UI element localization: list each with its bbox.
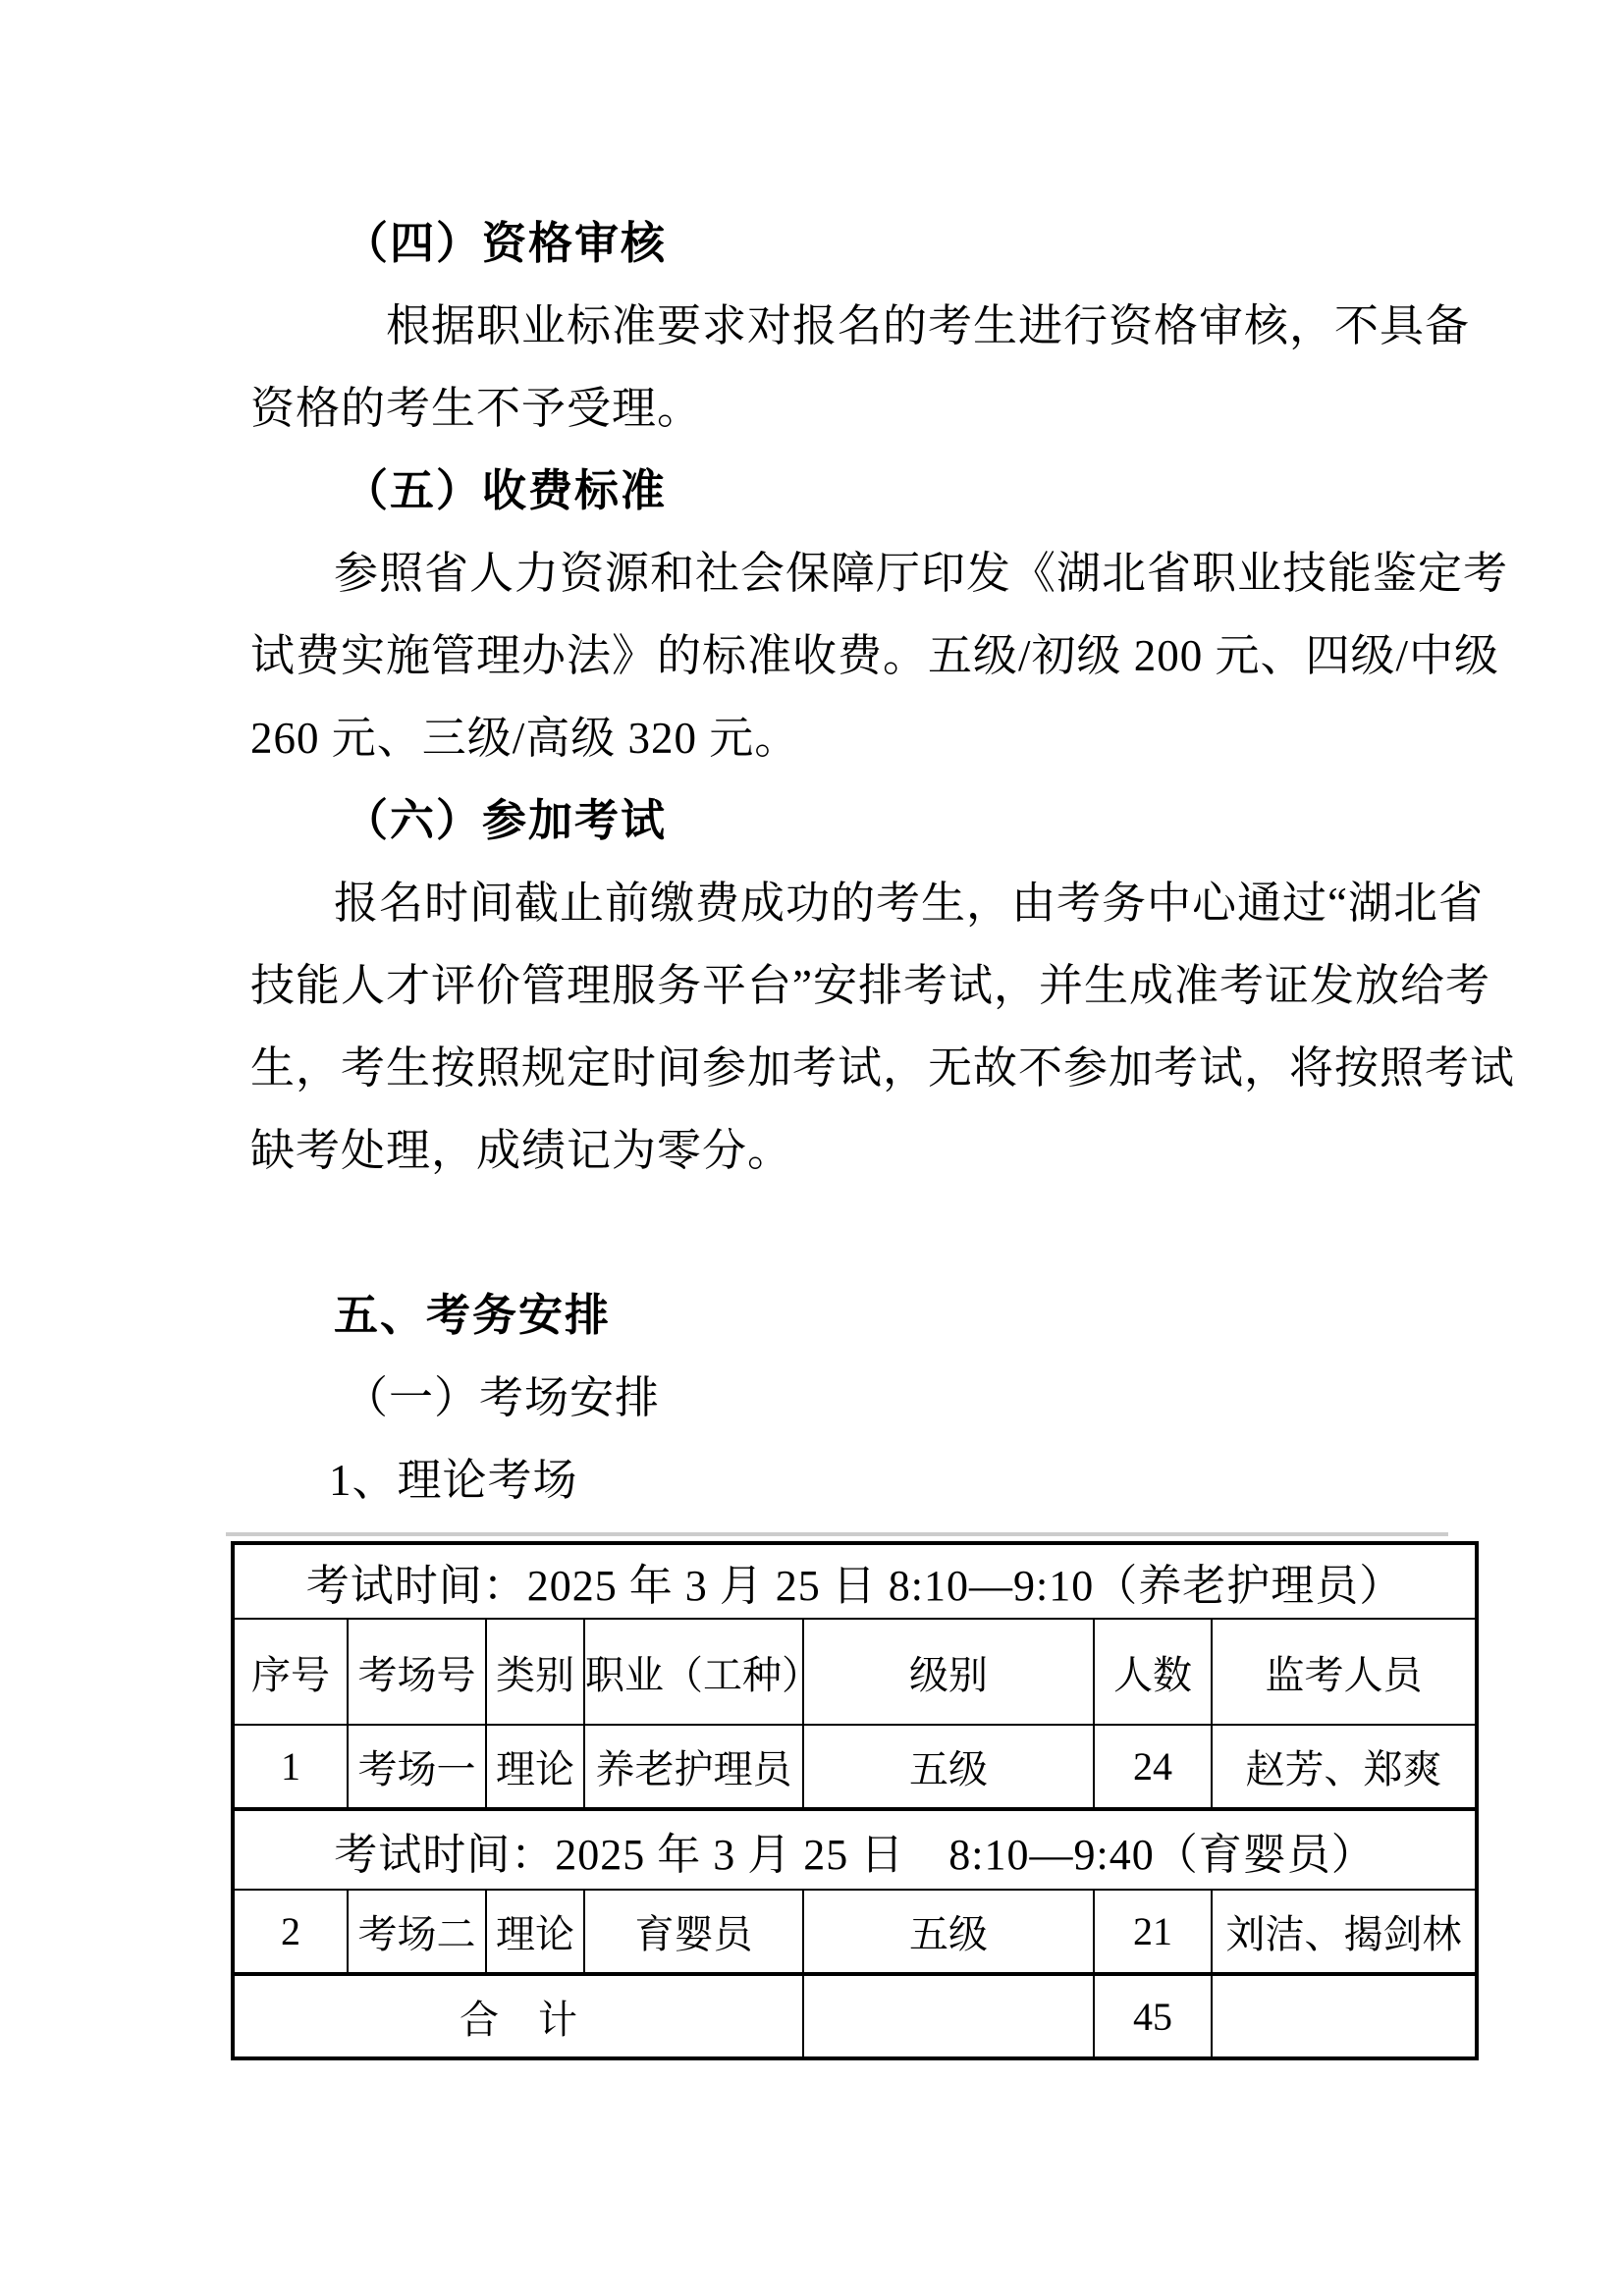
para-5-line-3: 260 元、三级/高级 320 元。 (250, 697, 1375, 779)
table-header-row: 序号 考场号 类别 职业（工种） 级别 人数 监考人员 (233, 1619, 1477, 1725)
para-6-line-2: 技能人才评价管理服务平台”安排考试，并生成准考证发放给考 (250, 944, 1375, 1027)
total-level (803, 1974, 1094, 2058)
para-6-line-3: 生，考生按照规定时间参加考试，无故不参加考试，将按照考试 (250, 1027, 1375, 1109)
row2-count: 21 (1094, 1890, 1212, 1974)
row1-count: 24 (1094, 1725, 1212, 1809)
para-4-line-1: 根据职业标准要求对报名的考生进行资格审核，不具备 (250, 285, 1375, 367)
total-row: 合 计 45 (233, 1974, 1477, 2058)
col-header-no: 序号 (233, 1619, 348, 1725)
col-header-room: 考场号 (348, 1619, 486, 1725)
row2-room: 考场二 (348, 1890, 486, 1974)
para-6-line-4: 缺考处理，成绩记为零分。 (250, 1109, 1375, 1192)
row1-room: 考场一 (348, 1725, 486, 1809)
col-header-occupation: 职业（工种） (584, 1619, 803, 1725)
item-1-heading: 1、理论考场 (250, 1439, 1375, 1522)
table-row-2: 2 考场二 理论 育婴员 五级 21 刘洁、揭剑林 (233, 1890, 1477, 1974)
row2-proctors: 刘洁、揭剑林 (1212, 1890, 1477, 1974)
subsection-1-heading: （一）考场安排 (250, 1357, 1375, 1439)
session-1-row: 考试时间：2025 年 3 月 25 日 8:10—9:10（养老护理员） (233, 1543, 1477, 1619)
exam-schedule-table: 考试时间：2025 年 3 月 25 日 8:10—9:10（养老护理员） 序号… (231, 1541, 1479, 2060)
session-2-time: 考试时间：2025 年 3 月 25 日 8:10—9:40（育婴员） (233, 1809, 1477, 1890)
col-header-level: 级别 (803, 1619, 1094, 1725)
para-4-line-2: 资格的考生不予受理。 (250, 367, 1375, 450)
chapter-5-heading: 五、考务安排 (250, 1274, 1375, 1357)
row1-type: 理论 (486, 1725, 584, 1809)
col-header-type: 类别 (486, 1619, 584, 1725)
blank-line (250, 1192, 1375, 1274)
session-2-row: 考试时间：2025 年 3 月 25 日 8:10—9:40（育婴员） (233, 1809, 1477, 1890)
para-6-line-1: 报名时间截止前缴费成功的考生，由考务中心通过“湖北省 (250, 862, 1375, 944)
para-5-line-1: 参照省人力资源和社会保障厅印发《湖北省职业技能鉴定考 (250, 532, 1375, 614)
row1-proctors: 赵芳、郑爽 (1212, 1725, 1477, 1809)
row2-type: 理论 (486, 1890, 584, 1974)
row1-level: 五级 (803, 1725, 1094, 1809)
row2-level: 五级 (803, 1890, 1094, 1974)
section-6-heading: （六）参加考试 (250, 779, 1375, 862)
col-header-proctors: 监考人员 (1212, 1619, 1477, 1725)
total-label: 合 计 (233, 1974, 803, 2058)
row2-occupation: 育婴员 (584, 1890, 803, 1974)
row2-no: 2 (233, 1890, 348, 1974)
col-header-count: 人数 (1094, 1619, 1212, 1725)
document-page: （四）资格审核 根据职业标准要求对报名的考生进行资格审核，不具备 资格的考生不予… (0, 0, 1624, 2296)
table-top-shadow (226, 1532, 1448, 1536)
document-body: （四）资格审核 根据职业标准要求对报名的考生进行资格审核，不具备 资格的考生不予… (250, 202, 1375, 1522)
total-count: 45 (1094, 1974, 1212, 2058)
row1-occupation: 养老护理员 (584, 1725, 803, 1809)
row1-no: 1 (233, 1725, 348, 1809)
table-row-1: 1 考场一 理论 养老护理员 五级 24 赵芳、郑爽 (233, 1725, 1477, 1809)
session-1-time: 考试时间：2025 年 3 月 25 日 8:10—9:10（养老护理员） (233, 1543, 1477, 1619)
total-proctors (1212, 1974, 1477, 2058)
section-5-heading: （五）收费标准 (250, 450, 1375, 532)
para-5-line-2: 试费实施管理办法》的标准收费。五级/初级 200 元、四级/中级 (250, 614, 1375, 697)
section-4-heading: （四）资格审核 (250, 202, 1375, 285)
